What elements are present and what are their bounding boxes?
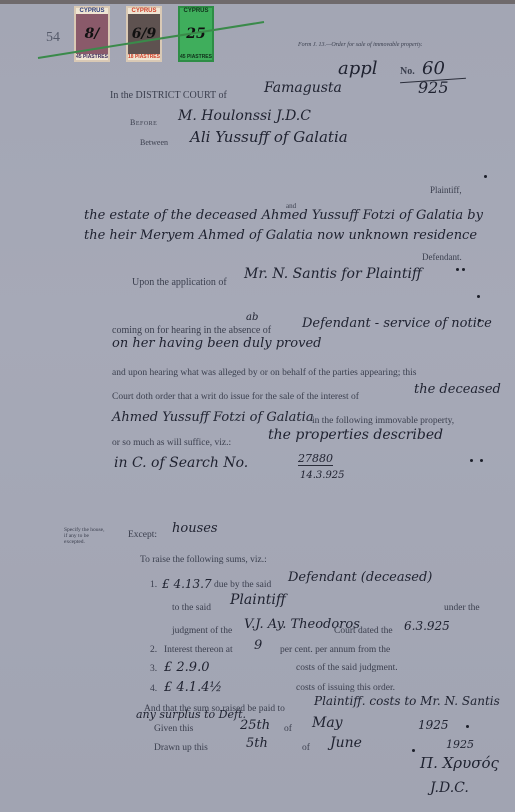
before-label: Before — [130, 118, 157, 127]
court-label: In the DISTRICT COURT of — [110, 90, 227, 101]
except-label: Except: — [128, 530, 157, 540]
property-value-line-1: the properties described — [268, 427, 443, 443]
judge-signature: Π. Χρυσός — [420, 754, 499, 772]
number-value: 60 — [422, 58, 445, 79]
item-1-to-value: Plaintiff — [230, 592, 286, 608]
ink-dot — [480, 459, 483, 462]
item-2-number: 2. — [150, 645, 157, 655]
item-4-label: costs of issuing this order. — [296, 683, 395, 693]
margin-note: Specify the house, if any to be excepted… — [64, 527, 108, 545]
defendant-line-1: the estate of the deceased Ahmed Yussuff… — [84, 208, 483, 223]
raise-label: To raise the following sums, viz.: — [140, 555, 267, 565]
application-value: Mr. N. Santis for Plaintiff — [244, 266, 422, 282]
item-1-judgment-label: judgment of the — [172, 626, 232, 636]
drawn-label: Drawn up this — [154, 743, 208, 753]
paid-value-line-2: any surplus to Deft. — [136, 708, 246, 721]
drawn-month: June — [330, 735, 362, 751]
number-year: 925 — [418, 78, 449, 97]
item-2-suffix: per cent. per annum from the — [280, 645, 390, 655]
given-day: 25th — [240, 718, 270, 733]
item-2-label: Interest thereon at — [164, 645, 233, 655]
ink-dot — [478, 319, 481, 322]
between-label: Between — [140, 138, 168, 147]
defendant-label: Defendant. — [422, 252, 462, 262]
cancel-line-icon — [36, 18, 266, 62]
paper-edge — [0, 0, 515, 4]
stamp-country: CYPRUS — [128, 8, 160, 14]
given-month: May — [312, 715, 343, 731]
order-label: Court doth order that a writ do issue fo… — [112, 392, 359, 402]
ink-dot — [477, 295, 480, 298]
property-label: in the following immovable property, — [312, 416, 454, 426]
item-4-number: 4. — [150, 684, 157, 694]
ink-dot — [412, 749, 415, 752]
order-value-line-1: the deceased — [414, 382, 501, 397]
ink-dot — [470, 459, 473, 462]
given-year: 1925 — [418, 718, 449, 732]
court-value: Famagusta — [264, 80, 342, 96]
item-2-rate: 9 — [254, 638, 262, 653]
item-4-amount: £ 4.1.4½ — [164, 680, 222, 695]
item-3-amount: £ 2.9.0 — [164, 660, 209, 675]
ink-dot — [462, 268, 465, 271]
item-3-number: 3. — [150, 664, 157, 674]
hearing-value-line-2: on her having been duly proved — [112, 336, 321, 351]
hearing-paragraph: and upon hearing what was alleged by or … — [112, 368, 416, 378]
item-1-court-date: 6.3.925 — [404, 619, 450, 633]
application-label: Upon the application of — [132, 277, 227, 288]
item-1-number: 1. — [150, 580, 157, 590]
plaintiff-label: Plaintiff, — [430, 185, 462, 195]
stamp-country: CYPRUS — [180, 8, 212, 14]
item-1-court-label: Court dated the — [334, 626, 393, 636]
appl-annotation: appl — [338, 58, 378, 79]
form-title: Form J. 13.—Order for sale of immovable … — [298, 42, 423, 48]
drawn-year: 1925 — [446, 738, 474, 751]
number-label: No. — [400, 66, 415, 77]
search-number: 27880 — [298, 452, 333, 466]
between-value: Ali Yussuff of Galatia — [190, 128, 348, 146]
item-1-due-label: due by the said — [214, 580, 271, 590]
drawn-day: 5th — [246, 736, 268, 751]
judge-title: J.D.C. — [430, 780, 469, 796]
drawn-of: of — [302, 743, 310, 753]
given-label: Given this — [154, 724, 193, 734]
ink-dot — [466, 725, 469, 728]
hearing-correction: ab — [246, 312, 258, 323]
paid-value-line-1: Plaintiff. costs to Mr. N. Santis — [314, 694, 500, 708]
search-date: 14.3.925 — [300, 470, 345, 481]
order-value-line-2: Ahmed Yussuff Fotzi of Galatia — [112, 410, 314, 425]
stamp-country: CYPRUS — [76, 8, 108, 14]
given-of: of — [284, 724, 292, 734]
except-value: houses — [172, 521, 218, 536]
item-1-due-value: Defendant (deceased) — [288, 570, 432, 585]
suffice-label: or so much as will suffice, viz.: — [112, 438, 231, 448]
hearing-value-line-1: Defendant - service of notice — [302, 316, 492, 331]
item-1-amount: £ 4.13.7 — [162, 577, 212, 591]
item-1-under-label: under the — [444, 603, 480, 613]
ink-dot — [456, 268, 459, 271]
item-3-label: costs of the said judgment. — [296, 663, 398, 673]
hearing-label: coming on for hearing in the absence of — [112, 325, 271, 336]
document-page: 54 CYPRUS 8/ 45 PIASTRES CYPRUS 6/9 18 P… — [0, 0, 515, 812]
property-value-line-2: in C. of Search No. — [114, 455, 248, 471]
item-1-to-label: to the said — [172, 603, 211, 613]
defendant-line-2: the heir Meryem Ahmed of Galatia now unk… — [84, 228, 477, 243]
before-value: M. Houlonssi J.D.C — [178, 108, 311, 124]
ink-dot — [484, 175, 487, 178]
